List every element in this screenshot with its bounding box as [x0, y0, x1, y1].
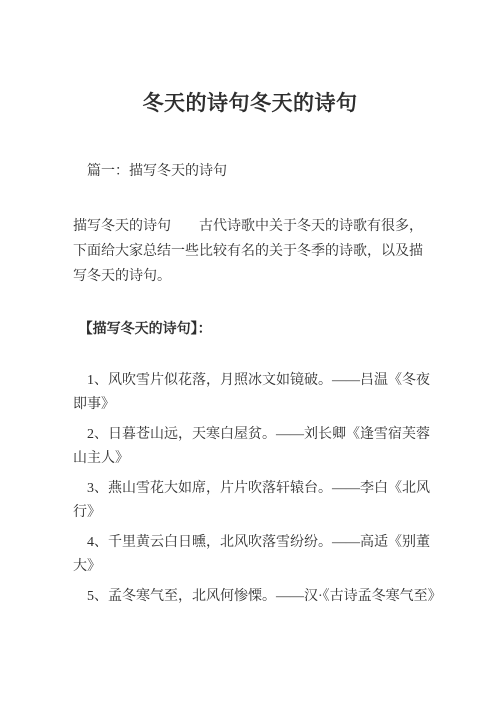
poem-item-5: 5、孟冬寒气至，北风何惨慄。——汉·《古诗孟冬寒气至》 [73, 585, 460, 609]
poem-list: 1、风吹雪片似花落，月照冰文如镜破。——吕温《冬夜 即事》 2、日暮苍山远，天寒… [73, 369, 460, 609]
document-page: 冬天的诗句冬天的诗句 篇一：描写冬天的诗句 描写冬天的诗句 古代诗歌中关于冬天的… [0, 0, 500, 708]
section-heading: 篇一：描写冬天的诗句 [73, 160, 460, 184]
list-heading: 【描写冬天的诗句】： [73, 318, 460, 342]
poem-item-2: 2、日暮苍山远，天寒白屋贫。——刘长卿《逢雪宿芙蓉 山主人》 [73, 423, 460, 471]
poem-item-1: 1、风吹雪片似花落，月照冰文如镜破。——吕温《冬夜 即事》 [73, 369, 460, 417]
poem-item-4: 4、千里黄云白日曛，北风吹落雪纷纷。——高适《别董 大》 [73, 531, 460, 579]
poem-item-3: 3、燕山雪花大如席，片片吹落轩辕台。——李白《北风 行》 [73, 477, 460, 525]
intro-paragraph: 描写冬天的诗句 古代诗歌中关于冬天的诗歌有很多， 下面给大家总结一些比较有名的关… [73, 214, 460, 289]
document-title: 冬天的诗句冬天的诗句 [73, 90, 427, 116]
